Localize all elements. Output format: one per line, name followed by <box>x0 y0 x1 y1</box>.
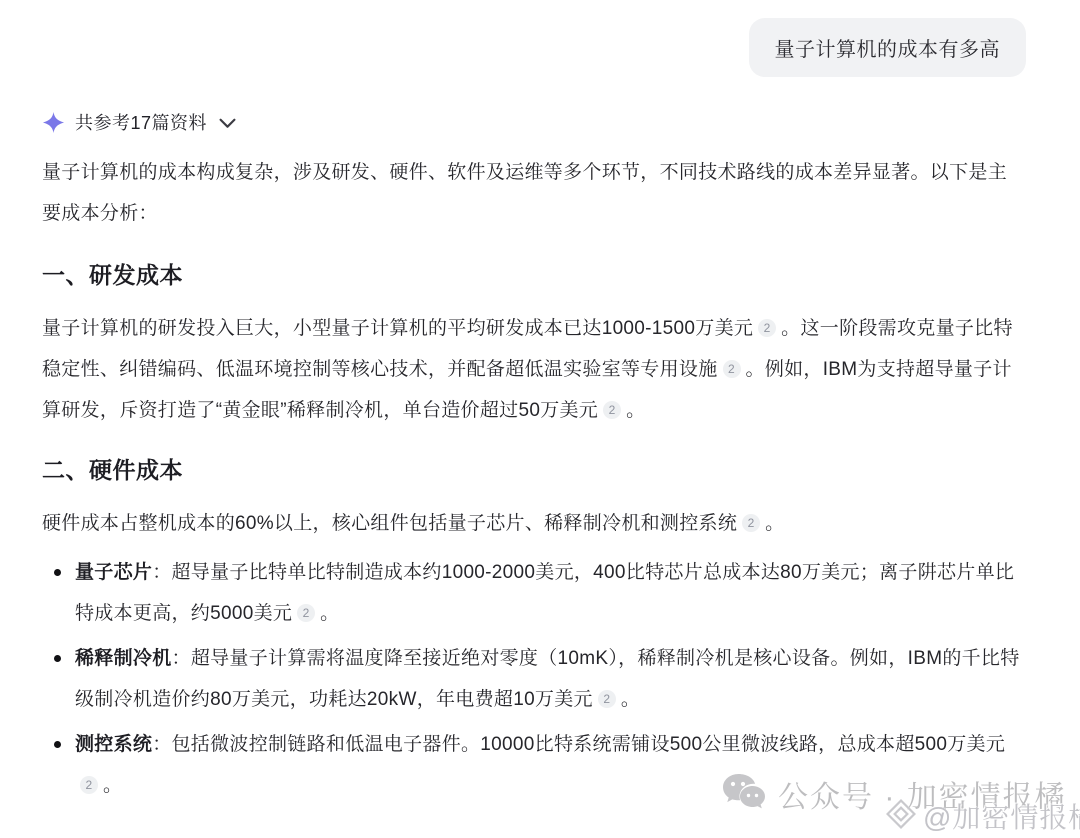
user-message-bubble: 量子计算机的成本有多高 <box>749 18 1027 77</box>
list-item-quantum-chip: 量子芯片：超导量子比特单比特制造成本约1000-2000美元，400比特芯片总成… <box>42 552 1024 634</box>
bullet-term-label: 稀释制冷机 <box>75 648 172 669</box>
citation-badge[interactable]: 2 <box>603 401 621 419</box>
citation-badge[interactable]: 2 <box>758 319 776 337</box>
section-heading-rd-cost: 一、研发成本 <box>42 260 1024 291</box>
citation-badge[interactable]: 2 <box>80 776 98 794</box>
list-item-control-system: 测控系统：包括微波控制链路和低温电子器件。10000比特系统需铺设500公里微波… <box>42 724 1024 806</box>
list-item-text: 测控系统：包括微波控制链路和低温电子器件。10000比特系统需铺设500公里微波… <box>75 734 1005 796</box>
list-item-text: 量子芯片：超导量子比特单比特制造成本约1000-2000美元，400比特芯片总成… <box>75 562 1014 624</box>
references-label: 共参考17篇资料 <box>75 109 207 135</box>
assistant-response: 共参考17篇资料 量子计算机的成本构成复杂，涉及研发、硬件、软件及运维等多个环节… <box>0 0 1080 806</box>
citation-badge[interactable]: 2 <box>598 690 616 708</box>
section-heading-hardware-cost: 二、硬件成本 <box>42 455 1024 486</box>
chevron-down-icon[interactable] <box>219 118 236 129</box>
user-message-text: 量子计算机的成本有多高 <box>775 39 1001 61</box>
citation-badge[interactable]: 2 <box>297 604 315 622</box>
intro-paragraph: 量子计算机的成本构成复杂，涉及研发、硬件、软件及运维等多个环节，不同技术路线的成… <box>42 152 1024 234</box>
chat-page: 量子计算机的成本有多高 共参考17篇资料 量子计算机的成本构成复杂，涉及研发、硬… <box>0 0 1080 838</box>
sparkle-icon <box>42 111 65 134</box>
bullet-term-label: 测控系统 <box>75 734 152 755</box>
bullet-dot-icon <box>54 655 61 662</box>
citation-badge[interactable]: 2 <box>742 514 760 532</box>
bullet-dot-icon <box>54 741 61 748</box>
hardware-cost-list: 量子芯片：超导量子比特单比特制造成本约1000-2000美元，400比特芯片总成… <box>42 552 1024 806</box>
list-item-text: 稀释制冷机：超导量子计算需将温度降至接近绝对零度（10mK），稀释制冷机是核心设… <box>75 648 1020 710</box>
references-toggle[interactable]: 共参考17篇资料 <box>42 108 1024 136</box>
list-item-dilution-refrigerator: 稀释制冷机：超导量子计算需将温度降至接近绝对零度（10mK），稀释制冷机是核心设… <box>42 638 1024 720</box>
rd-cost-paragraph: 量子计算机的研发投入巨大，小型量子计算机的平均研发成本已达1000-1500万美… <box>42 308 1024 431</box>
hardware-cost-paragraph: 硬件成本占整机成本的60%以上，核心组件包括量子芯片、稀释制冷机和测控系统2。 <box>42 503 1024 544</box>
bullet-term-label: 量子芯片 <box>75 562 152 583</box>
bullet-dot-icon <box>54 569 61 576</box>
citation-badge[interactable]: 2 <box>723 360 741 378</box>
